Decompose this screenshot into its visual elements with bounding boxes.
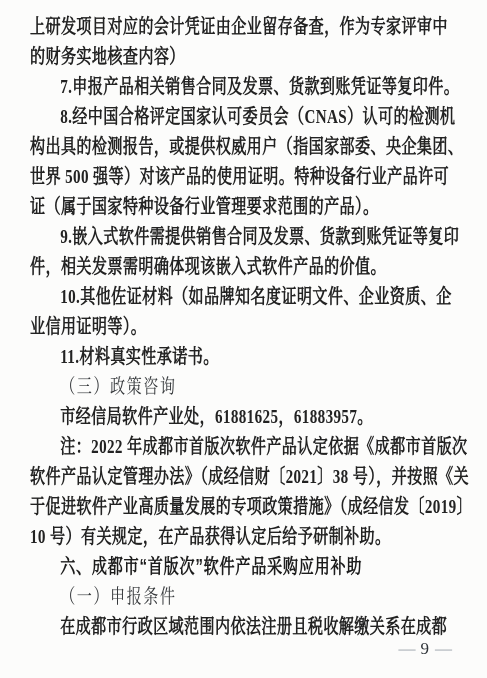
text-line: 构出具的检测报告，或提供权威用户（指国家部委、央企集团、 (30, 132, 457, 162)
page-number-dash-left: — (399, 639, 415, 658)
text-line: 10 号）有关规定，在产品获得认定后给予研制补助。 (30, 522, 457, 552)
text-line: 市经信局软件产业处，61881625，61883957。 (30, 402, 457, 432)
text-line: 10.其他佐证材料（如品牌知名度证明文件、企业资质、企 (30, 282, 457, 312)
text-line: 在成都市行政区域范围内依法注册且税收解缴关系在成都 (30, 612, 457, 642)
text-line: 的财务实地核查内容） (30, 42, 457, 72)
text-line: 软件产品认定管理办法》（成经信财〔2021〕38 号），并按照《关 (30, 462, 457, 492)
text-line: 业信用证明等）。 (30, 312, 457, 342)
text-line: 于促进软件产业高质量发展的专项政策措施》（成经信发〔2019〕 (30, 492, 457, 522)
text-line: 件，相关发票需明确体现该嵌入式软件产品的价值。 (30, 252, 457, 282)
text-line: 7.申报产品相关销售合同及发票、货款到账凭证等复印件。 (30, 72, 457, 102)
text-line: 上研发项目对应的会计凭证由企业留存备查，作为专家评审中 (30, 12, 457, 42)
page-number-dash-right: — (435, 639, 451, 658)
text-line: 8.经中国合格评定国家认可委员会（CNAS）认可的检测机 (30, 102, 457, 132)
text-line: （一）申报条件 (30, 582, 457, 612)
document-body: 上研发项目对应的会计凭证由企业留存备查，作为专家评审中的财务实地核查内容）7.申… (30, 12, 457, 642)
page-number: —9— (399, 638, 452, 660)
text-line: 证（属于国家特种设备行业管理要求范围的产品）。 (30, 192, 457, 222)
text-line: （三）政策咨询 (30, 372, 457, 402)
document-page: 上研发项目对应的会计凭证由企业留存备查，作为专家评审中的财务实地核查内容）7.申… (0, 0, 487, 678)
section-heading: 六、成都市“首版次”软件产品采购应用补助 (30, 552, 457, 582)
page-number-value: 9 (421, 639, 430, 658)
text-line: 世界 500 强等）对该产品的使用证明。特种设备行业产品许可 (30, 162, 457, 192)
text-line: 11.材料真实性承诺书。 (30, 342, 457, 372)
text-line: 9.嵌入式软件需提供销售合同及发票、货款到账凭证等复印 (30, 222, 457, 252)
text-line: 注：2022 年成都市首版次软件产品认定依据《成都市首版次 (30, 432, 457, 462)
